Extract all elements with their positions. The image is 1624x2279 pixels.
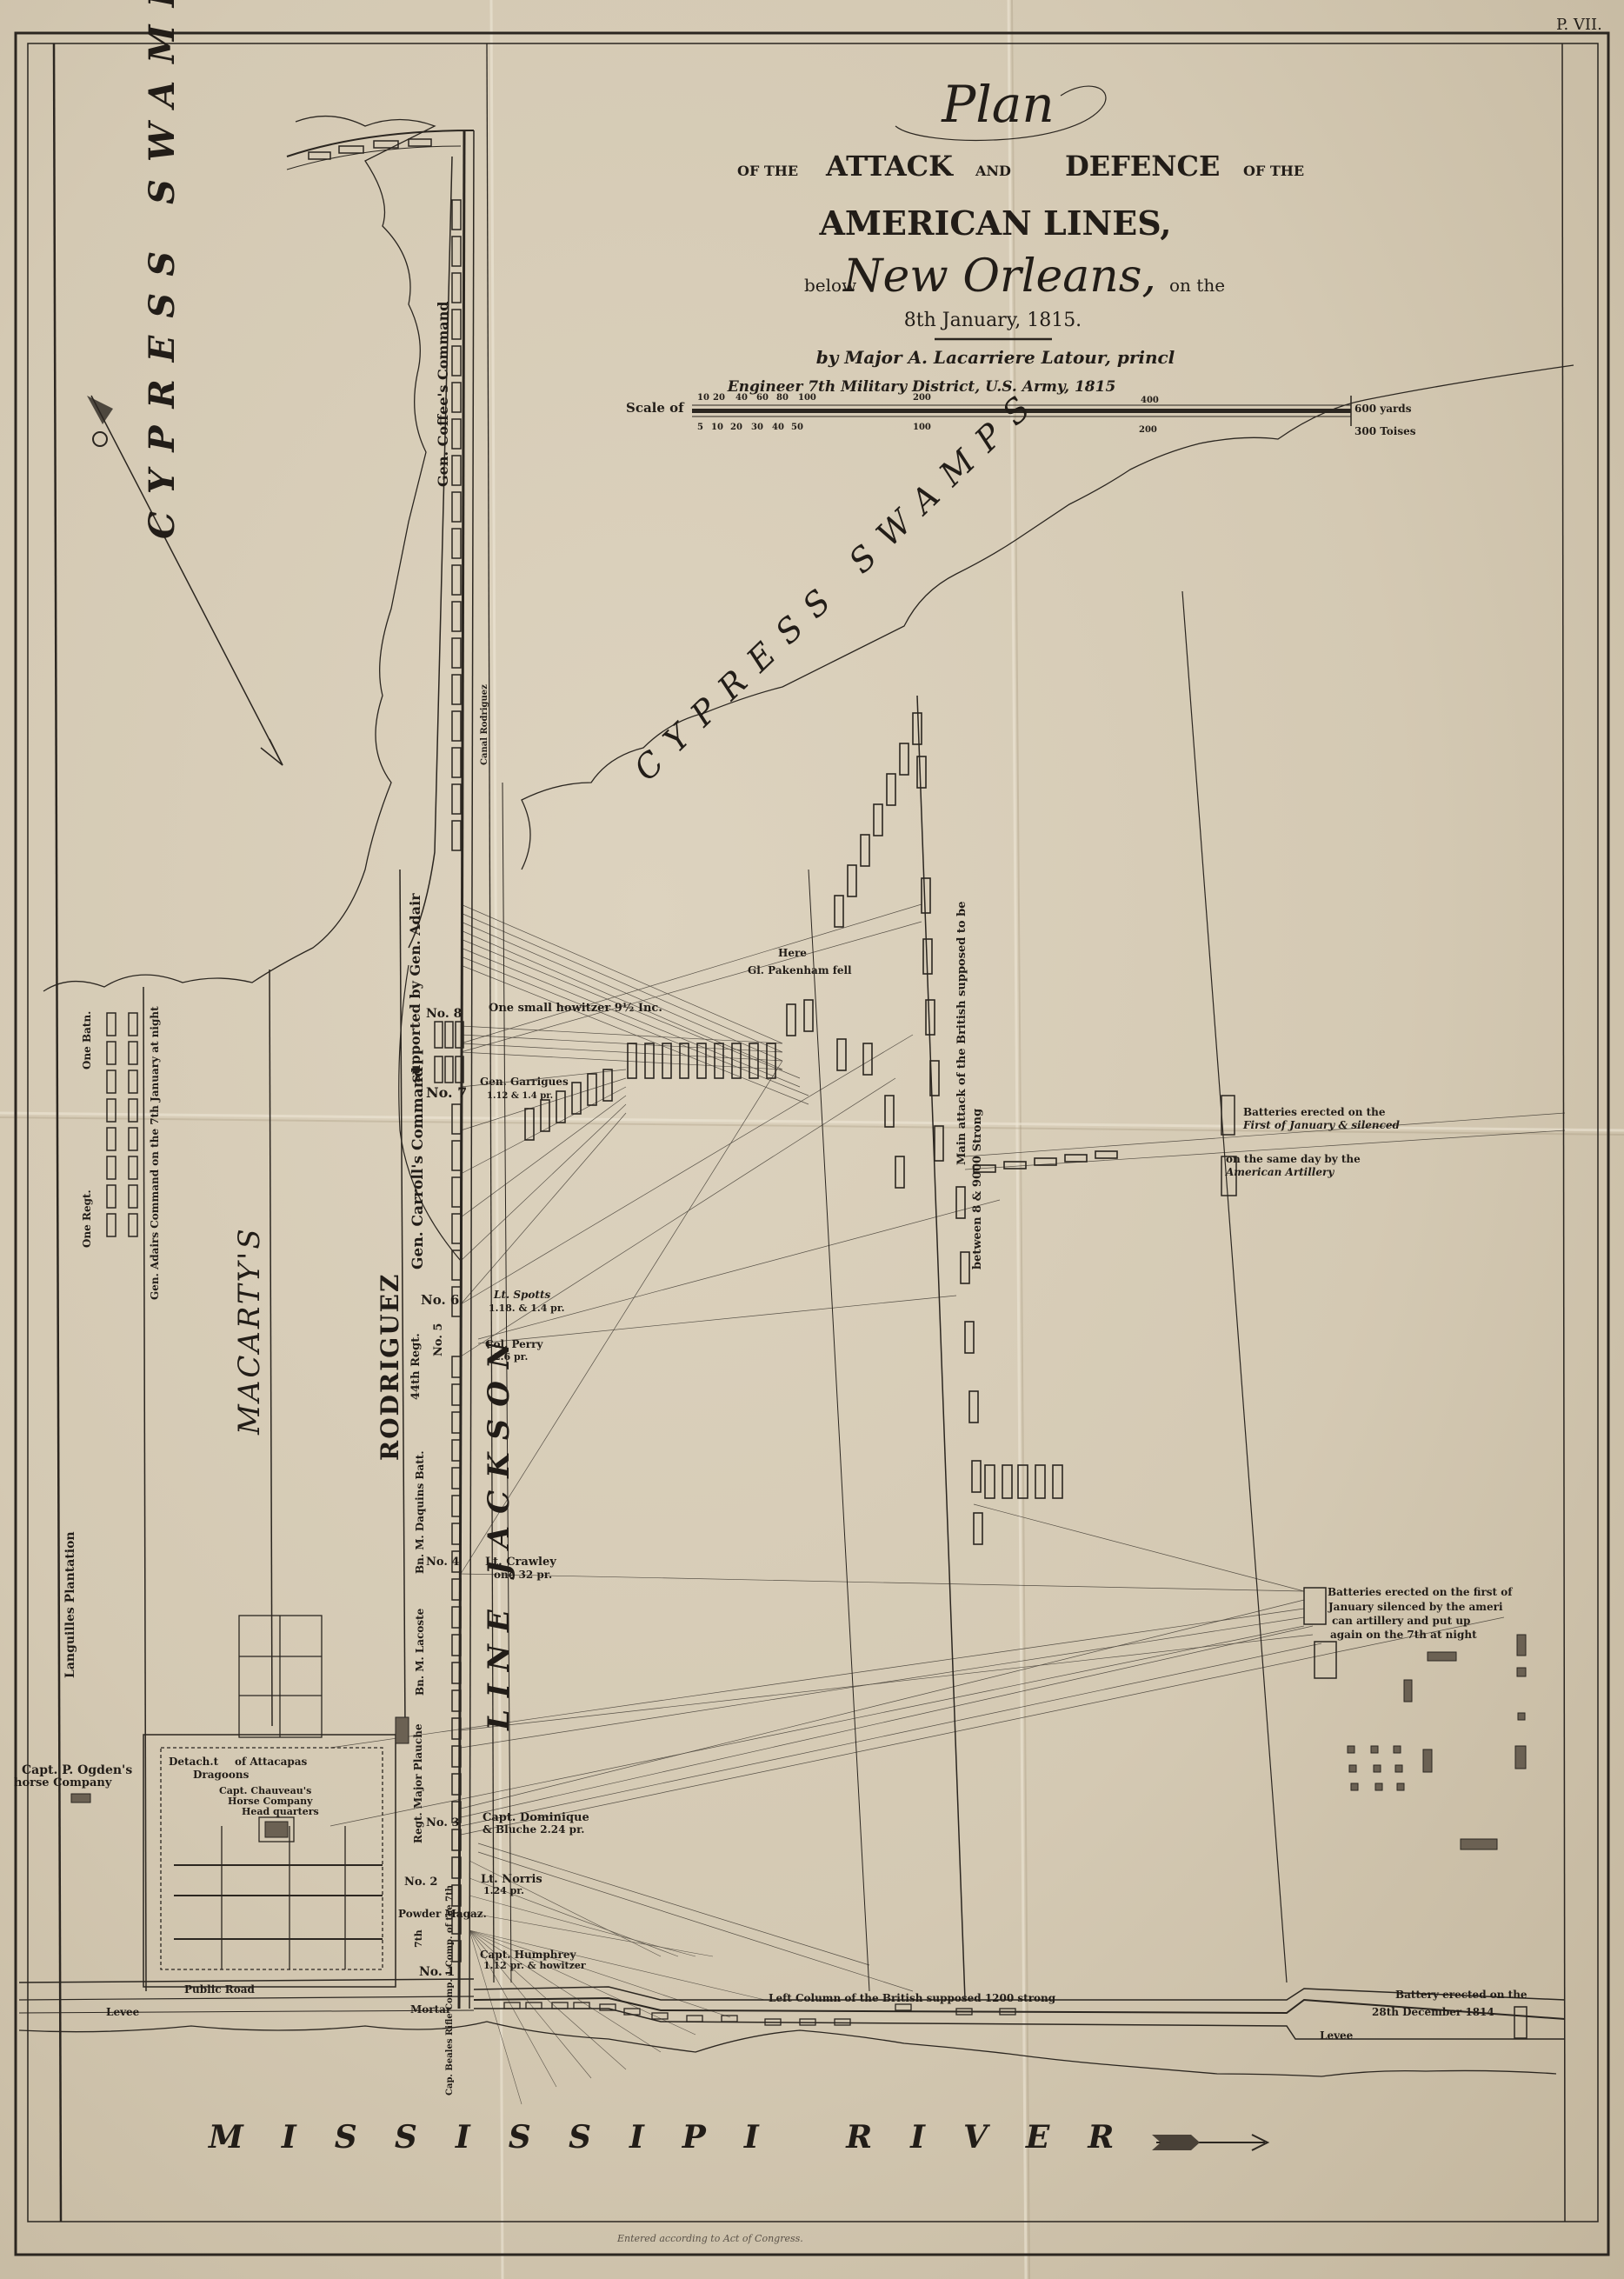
svg-text:Here: Here — [778, 947, 807, 959]
svg-text:10: 10 — [697, 393, 709, 403]
british-batteries — [1221, 1096, 1527, 2038]
svg-text:Batteries erected on the first: Batteries erected on the first of — [1328, 1586, 1513, 1598]
svg-text:No. 2: No. 2 — [404, 1876, 437, 1889]
svg-text:one 32 pr.: one 32 pr. — [494, 1569, 552, 1581]
title-defence: DEFENCE — [1065, 150, 1220, 183]
svg-text:on the same day by the: on the same day by the — [1226, 1153, 1361, 1165]
svg-text:One Regt.: One Regt. — [81, 1189, 93, 1248]
svg-text:Scale of: Scale of — [626, 400, 685, 416]
svg-text:Capt. Humphrey: Capt. Humphrey — [480, 1949, 576, 1961]
svg-text:1.12 & 1.4 pr.: 1.12 & 1.4 pr. — [487, 1091, 553, 1101]
svg-text:7th: 7th — [413, 1929, 424, 1948]
svg-text:Gen. Coffee's Command: Gen. Coffee's Command — [435, 302, 451, 487]
svg-text:Levee: Levee — [106, 2006, 140, 2018]
british-camp-blocks — [1348, 1635, 1526, 1849]
label-line-jackson: LINE JACKSON — [482, 1329, 516, 1731]
svg-text:OF THE: OF THE — [737, 163, 798, 179]
swamp-edge-left — [43, 117, 435, 991]
svg-text:80: 80 — [776, 393, 789, 403]
svg-text:5: 5 — [697, 423, 703, 432]
north-arrow-icon — [87, 396, 283, 765]
svg-text:again on the 7th at night: again on the 7th at night — [1330, 1629, 1477, 1641]
svg-text:can artillery and put up: can artillery and put up — [1332, 1615, 1470, 1627]
svg-text:January silenced by the ameri: January silenced by the ameri — [1328, 1601, 1503, 1613]
svg-text:of Attacapas: of Attacapas — [235, 1756, 308, 1768]
svg-text:AND: AND — [975, 163, 1011, 179]
svg-text:on the: on the — [1169, 275, 1225, 296]
label-macartys: MACARTY'S — [232, 1226, 267, 1436]
svg-text:40: 40 — [735, 393, 748, 403]
paper-folds — [0, 0, 1624, 2279]
svg-text:Lt. Spotts: Lt. Spotts — [493, 1289, 550, 1301]
svg-text:Detach.t: Detach.t — [169, 1756, 219, 1768]
svg-text:Gl. Pakenham fell: Gl. Pakenham fell — [748, 964, 852, 976]
label-cypress-swamps-left: CYPRESS SWAMPS — [142, 0, 183, 539]
svg-text:30: 30 — [751, 423, 763, 432]
swamp-edge-right — [522, 365, 1574, 870]
svg-text:Public Road: Public Road — [184, 1983, 255, 1996]
svg-text:Lt. Crawley: Lt. Crawley — [485, 1556, 556, 1569]
svg-text:& Bluche 2.24 pr.: & Bluche 2.24 pr. — [483, 1823, 584, 1836]
svg-text:60: 60 — [756, 393, 769, 403]
svg-text:One small howitzer 9½ Inc.: One small howitzer 9½ Inc. — [489, 1002, 662, 1015]
svg-text:300 Toises: 300 Toises — [1354, 425, 1416, 437]
svg-text:Main attack of the British sup: Main attack of the British supposed to b… — [955, 902, 968, 1165]
svg-text:No. 4: No. 4 — [426, 1556, 459, 1569]
svg-text:Bn. M. Daquins Batt.: Bn. M. Daquins Batt. — [414, 1450, 426, 1574]
svg-text:Gen. Carroll's Command: Gen. Carroll's Command — [409, 1067, 427, 1269]
svg-text:No. 8: No. 8 — [426, 1007, 462, 1021]
svg-text:American Artillery: American Artillery — [1225, 1166, 1334, 1178]
svg-text:40: 40 — [772, 423, 784, 432]
svg-text:Powder Magaz.: Powder Magaz. — [398, 1908, 487, 1920]
title-block: Plan OF THE ATTACK AND DEFENCE OF THE AM… — [727, 75, 1304, 396]
title-american-lines: AMERICAN LINES, — [818, 203, 1171, 243]
label-rodriguez: RODRIGUEZ — [376, 1273, 404, 1461]
svg-text:First of January & silenced: First of January & silenced — [1242, 1119, 1401, 1131]
levee-fire-fan — [469, 1861, 765, 2104]
title-plan: Plan — [941, 75, 1055, 134]
svg-text:Canal Rodriguez: Canal Rodriguez — [480, 684, 489, 765]
svg-text:between 8 & 9000 Strong: between 8 & 9000 Strong — [971, 1109, 984, 1269]
svg-text:600 yards: 600 yards — [1354, 403, 1412, 415]
label-cypress-swamps-right: CYPRESS SWAMPS — [627, 378, 1049, 788]
svg-text:Lt. Norris: Lt. Norris — [481, 1873, 542, 1886]
label-languilles-plantation: Languilles Plantation — [63, 1531, 77, 1678]
river-flow-arrow-icon — [1152, 2135, 1268, 2150]
svg-text:200: 200 — [1139, 425, 1157, 435]
title-attack: ATTACK — [825, 150, 954, 183]
svg-text:supported by Gen. Adair: supported by Gen. Adair — [407, 893, 423, 1083]
svg-text:Bn. M. Lacoste: Bn. M. Lacoste — [414, 1608, 426, 1696]
svg-text:Gen. Adairs Command on the 7th: Gen. Adairs Command on the 7th January a… — [149, 1006, 161, 1300]
svg-text:1.18. & 1.4 pr.: 1.18. & 1.4 pr. — [489, 1303, 564, 1314]
svg-text:400: 400 — [1141, 396, 1159, 405]
north-crescent-works — [309, 139, 431, 159]
svg-text:One Batn.: One Batn. — [81, 1011, 93, 1070]
svg-text:Cap. Beales Rifle Comp. 1 Comp: Cap. Beales Rifle Comp. 1 Comp. of the 7… — [445, 1884, 455, 2096]
svg-text:Capt. P. Ogden's: Capt. P. Ogden's — [22, 1763, 132, 1777]
svg-text:No. 3: No. 3 — [426, 1816, 459, 1829]
svg-text:100: 100 — [913, 423, 931, 432]
map-border — [16, 33, 1608, 2255]
svg-text:horse Company: horse Company — [14, 1776, 112, 1789]
svg-text:Levee: Levee — [1320, 2029, 1354, 2042]
svg-text:Batteries erected on the: Batteries erected on the — [1243, 1106, 1386, 1118]
unit-labels: Gen. Coffee's Command Canal Rodriguez su… — [14, 302, 1527, 2096]
svg-text:No. 5: No. 5 — [432, 1323, 445, 1356]
svg-text:1.24 pr.: 1.24 pr. — [483, 1885, 524, 1896]
svg-text:Capt. Dominique: Capt. Dominique — [483, 1811, 589, 1824]
svg-text:1.12 pr. & howitzer: 1.12 pr. & howitzer — [483, 1960, 586, 1971]
svg-text:28th December 1814: 28th December 1814 — [1372, 2006, 1494, 2018]
svg-text:Gen. Garrigues: Gen. Garrigues — [480, 1076, 569, 1088]
battle-map: P. VII. Plan OF THE ATTACK AND DEFENCE O… — [0, 0, 1624, 2279]
svg-text:Dragoons: Dragoons — [193, 1769, 250, 1781]
svg-text:10: 10 — [711, 423, 723, 432]
svg-text:OF THE: OF THE — [1243, 163, 1304, 179]
svg-text:100: 100 — [798, 393, 816, 403]
svg-text:20: 20 — [713, 393, 725, 403]
svg-text:No. 7: No. 7 — [426, 1084, 467, 1101]
svg-text:No. 6: No. 6 — [421, 1292, 459, 1308]
svg-text:20: 20 — [730, 423, 742, 432]
svg-text:Left Column of the British sup: Left Column of the British supposed 1200… — [769, 1992, 1056, 2004]
svg-text:200: 200 — [913, 393, 931, 403]
copyright-notice: Entered according to Act of Congress. — [616, 2233, 803, 2244]
svg-text:Col. Perry: Col. Perry — [485, 1338, 543, 1350]
label-mississippi-river: MISSISSIPI RIVER — [207, 2119, 1152, 2156]
title-date: 8th January, 1815. — [904, 310, 1082, 331]
svg-text:Battery erected on the: Battery erected on the — [1395, 1989, 1527, 2001]
svg-text:44th Regt.: 44th Regt. — [409, 1333, 423, 1400]
svg-text:50: 50 — [791, 423, 803, 432]
title-new-orleans: New Orleans, — [842, 250, 1156, 303]
svg-text:Head quarters: Head quarters — [242, 1806, 319, 1817]
page-number: P. VII. — [1556, 16, 1602, 34]
svg-text:Regt. Major Plauche: Regt. Major Plauche — [412, 1723, 424, 1843]
title-author: by Major A. Lacarriere Latour, princl — [816, 347, 1175, 368]
map-sheet: P. VII. Plan OF THE ATTACK AND DEFENCE O… — [0, 0, 1624, 2279]
svg-text:2.6 pr.: 2.6 pr. — [494, 1351, 528, 1363]
